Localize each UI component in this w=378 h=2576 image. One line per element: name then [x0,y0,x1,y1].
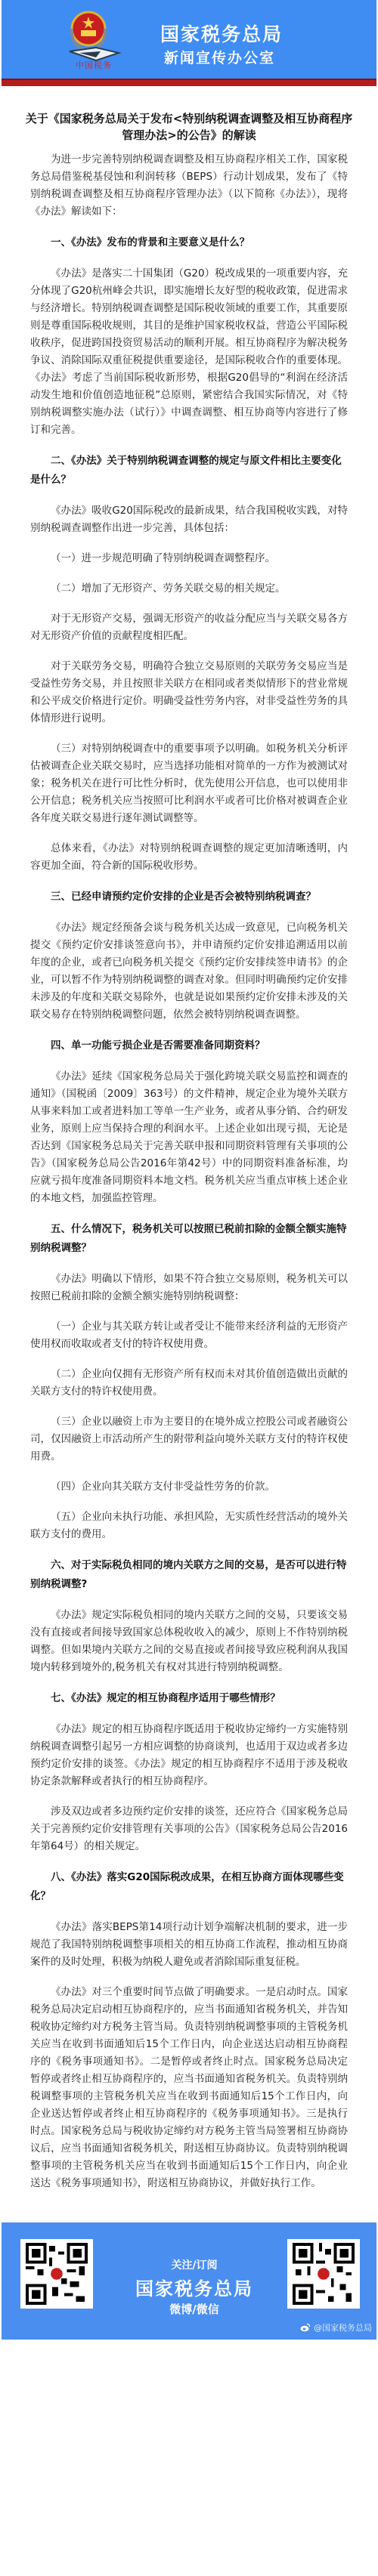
footer-org-name: 国家税务总局 [126,2274,262,2300]
footer-banner: 关注/订阅 国家税务总局 微博/微信 @国家税务总局 [2,2222,376,2340]
section-heading-6: 六、对于实际税负相同的境内关联方之间的交易，是否可以进行特别纳税调整? [30,1556,348,1594]
section-heading-3: 三、已经申请预约定价安排的企业是否会被特别纳税调查？ [30,888,348,907]
section-heading-8: 八、《办法》落实G20国际税改成果，在相互协商方面体现哪些变化？ [30,1868,348,1906]
header-red-stripe [2,79,376,86]
paragraph: 对于无形资产交易，强调无形资产的收益分配应当与关联交易各方对无形资产价值的贡献程… [30,610,348,645]
weibo-handle-text: @国家税务总局 [314,2321,372,2334]
article-body: 为进一步完善特别纳税调查调整及相互协商程序相关工作，国家税务总局借鉴税基侵蚀和利… [0,144,378,2192]
paragraph: 涉及双边或者多边预约定价安排的谈签，还应符合《国家税务总局关于完善预约定价安排管… [30,1803,348,1855]
paragraph: 《办法》规定的相互协商程序既适用于税收协定缔约一方实施特别纳税调查调整引起另一方… [30,1721,348,1790]
section-heading-7: 七、《办法》规定的相互协商程序适用于哪些情形？ [30,1689,348,1708]
paragraph: 《办法》吸收G20国际税改的最新成果，结合我国税收实践，对特别纳税调查调整作出进… [30,502,348,537]
section-heading-2: 二、《办法》关于特别纳税调查调整的规定与原文件相比主要变化是什么？ [30,452,348,490]
paragraph: （五）企业向未执行功能、承担风险，无实质性经营活动的境外关联方支付的费用。 [30,1509,348,1543]
section-heading-5: 五、什么情况下，税务机关可以按照已税前扣除的金额全额实施特别纳税调整？ [30,1220,348,1258]
paragraph: 《办法》规定经预备会谈与税务机关达成一致意见，已向税务机关提交《预约定价安排谈签… [30,919,348,1024]
weibo-logo-icon [300,2323,311,2332]
paragraph: 总体来看，《办法》对特别纳税调查调整的规定更加清晰透明，内容更加全面，符合新的国… [30,840,348,875]
paragraph: （一）进一步规范明确了特别纳税调查调整程序。 [30,550,348,567]
document-title: 关于《国家税务总局关于发布<特别纳税调查调整及相互协商程序管理办法>的公告》的解… [0,110,378,144]
header-banner: 中国税务 国家税务总局 新闻宣传办公室 [2,0,376,86]
section-heading-1: 一、《办法》发布的背景和主要意义是什么？ [30,233,348,252]
paragraph: 《办法》对三个重要时间节点做了明确要求。一是启动时点。国家税务总局决定启动相互协… [30,1984,348,2192]
section-heading-4: 四、单一功能亏损企业是否需要准备同期资料？ [30,1036,348,1055]
paragraph: （三）对特别纳税调查中的重要事项予以明确。如税务机关分析评估被调查企业关联交易时… [30,740,348,827]
paragraph: 《办法》落实BEPS第14项行动计划争端解决机制的要求，进一步规范了我国特别纳税… [30,1919,348,1971]
paragraph: 《办法》明确以下情形，如果不符合独立交易原则，税务机关可以按照已税前扣除的金额全… [30,1271,348,1305]
intro-paragraph: 为进一步完善特别纳税调查调整及相互协商程序相关工作，国家税务总局借鉴税基侵蚀和利… [30,151,348,221]
paragraph: 《办法》是落实二十国集团（G20）税改成果的一项重要内容，充分体现了G20杭州峰… [30,265,348,439]
paragraph: 对于关联劳务交易，明确符合独立交易原则的关联劳务交易应当是受益性劳务交易，并且按… [30,658,348,727]
paragraph: （四）企业向其关联方支付非受益性劳务的价款。 [30,1478,348,1496]
paragraph: （三）企业以融资上市为主要目的在境外成立控股公司或者融资公司，仅因融资上市活动所… [30,1413,348,1466]
footer-channels-label: 微博/微信 [126,2301,262,2317]
paragraph: 《办法》延续《国家税务总局关于强化跨境关联交易监控和调查的通知》（国税函〔200… [30,1068,348,1207]
paragraph: （二）企业向仅拥有无形资产所有权而未对其价值创造做出贡献的关联方支付的特许权使用… [30,1366,348,1401]
header-title: 国家税务总局 [160,20,283,47]
qr-code-wechat-icon[interactable] [287,2239,360,2309]
paragraph: （二）增加了无形资产、劳务关联交易的相关规定。 [30,580,348,598]
header-subtitle: 新闻宣传办公室 [164,47,275,67]
qr-code-weibo-icon[interactable] [20,2239,93,2309]
footer-follow-label: 关注/订阅 [126,2257,262,2272]
weibo-handle[interactable]: @国家税务总局 [300,2321,372,2334]
paragraph: 《办法》规定实际税负相同的境内关联方之间的交易，只要该交易没有直接或者间接导致国… [30,1607,348,1676]
emblem-caption: 中国税务 [76,59,112,71]
paragraph: （一）企业与其关联方转让或者受让不能带来经济利益的无形资产使用权而收取或者支付的… [30,1318,348,1353]
